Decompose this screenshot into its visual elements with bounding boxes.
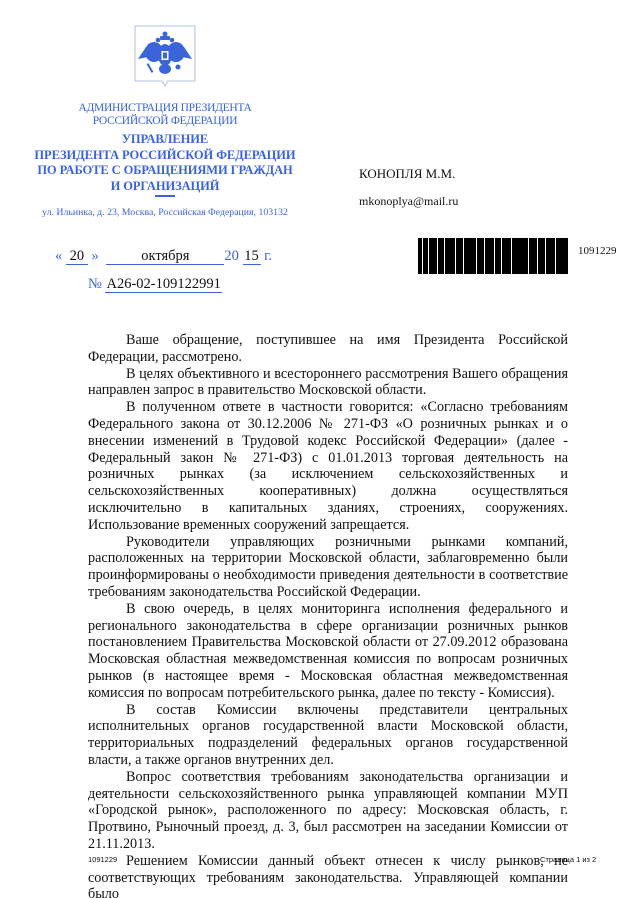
barcode-number: 1091229 [578,245,617,257]
paragraph: Вопрос соответствия требованиям законода… [88,769,568,853]
header-divider [155,195,175,197]
paragraph: В свою очередь, в целях мониторинга испо… [88,601,568,702]
registration-value: А26-02-109122991 [105,276,221,293]
dept-line-3: ПО РАБОТЕ С ОБРАЩЕНИЯМИ ГРАЖДАН [0,163,330,179]
paragraph: Решением Комиссии данный объект отнесен … [88,853,568,898]
date-day: 20 [66,248,88,265]
paragraph: Ваше обращение, поступившее на имя Прези… [88,332,568,366]
dept-line-4: И ОРГАНИЗАЦИЙ [0,179,330,195]
date-month: октября [106,248,224,265]
barcode [418,238,568,274]
date-close-quote: » [92,248,99,264]
dept-line-2: ПРЕЗИДЕНТА РОССИЙСКОЙ ФЕДЕРАЦИИ [0,148,330,164]
recipient-email: mkonoplya@mail.ru [359,194,458,209]
letter-body: Ваше обращение, поступившее на имя Прези… [88,332,568,898]
date-century: 20 [224,248,239,264]
department-title: УПРАВЛЕНИЕ ПРЕЗИДЕНТА РОССИЙСКОЙ ФЕДЕРАЦ… [0,132,330,194]
date-year: 15 [243,248,261,265]
dept-line-1: УПРАВЛЕНИЕ [0,132,330,148]
footer-page-number: Страница 1 из 2 [540,855,596,864]
recipient-name: КОНОПЛЯ М.М. [359,166,455,182]
footer-doc-id: 1091229 [88,855,117,864]
date-open-quote: « [55,248,62,264]
admin-line-1: АДМИНИСТРАЦИЯ ПРЕЗИДЕНТА [0,102,330,115]
admin-line-2: РОССИЙСКОЙ ФЕДЕРАЦИИ [0,115,330,128]
coat-of-arms-emblem-icon [134,25,196,91]
number-sign: № [88,276,102,292]
paragraph: В полученном ответе в частности говоритс… [88,399,568,533]
sender-address: ул. Ильинка, д. 23, Москва, Российская Ф… [0,207,330,218]
registration-number: № А26-02-109122991 [88,276,222,293]
paragraph: В состав Комиссии включены представители… [88,702,568,769]
document-date: « 20 » октября20 15 г. [55,248,272,265]
paragraph: В целях объективного и всестороннего рас… [88,366,568,400]
date-suffix: г. [264,248,272,264]
administration-title: АДМИНИСТРАЦИЯ ПРЕЗИДЕНТА РОССИЙСКОЙ ФЕДЕ… [0,102,330,128]
paragraph: Руководители управляющих розничными рынк… [88,534,568,601]
